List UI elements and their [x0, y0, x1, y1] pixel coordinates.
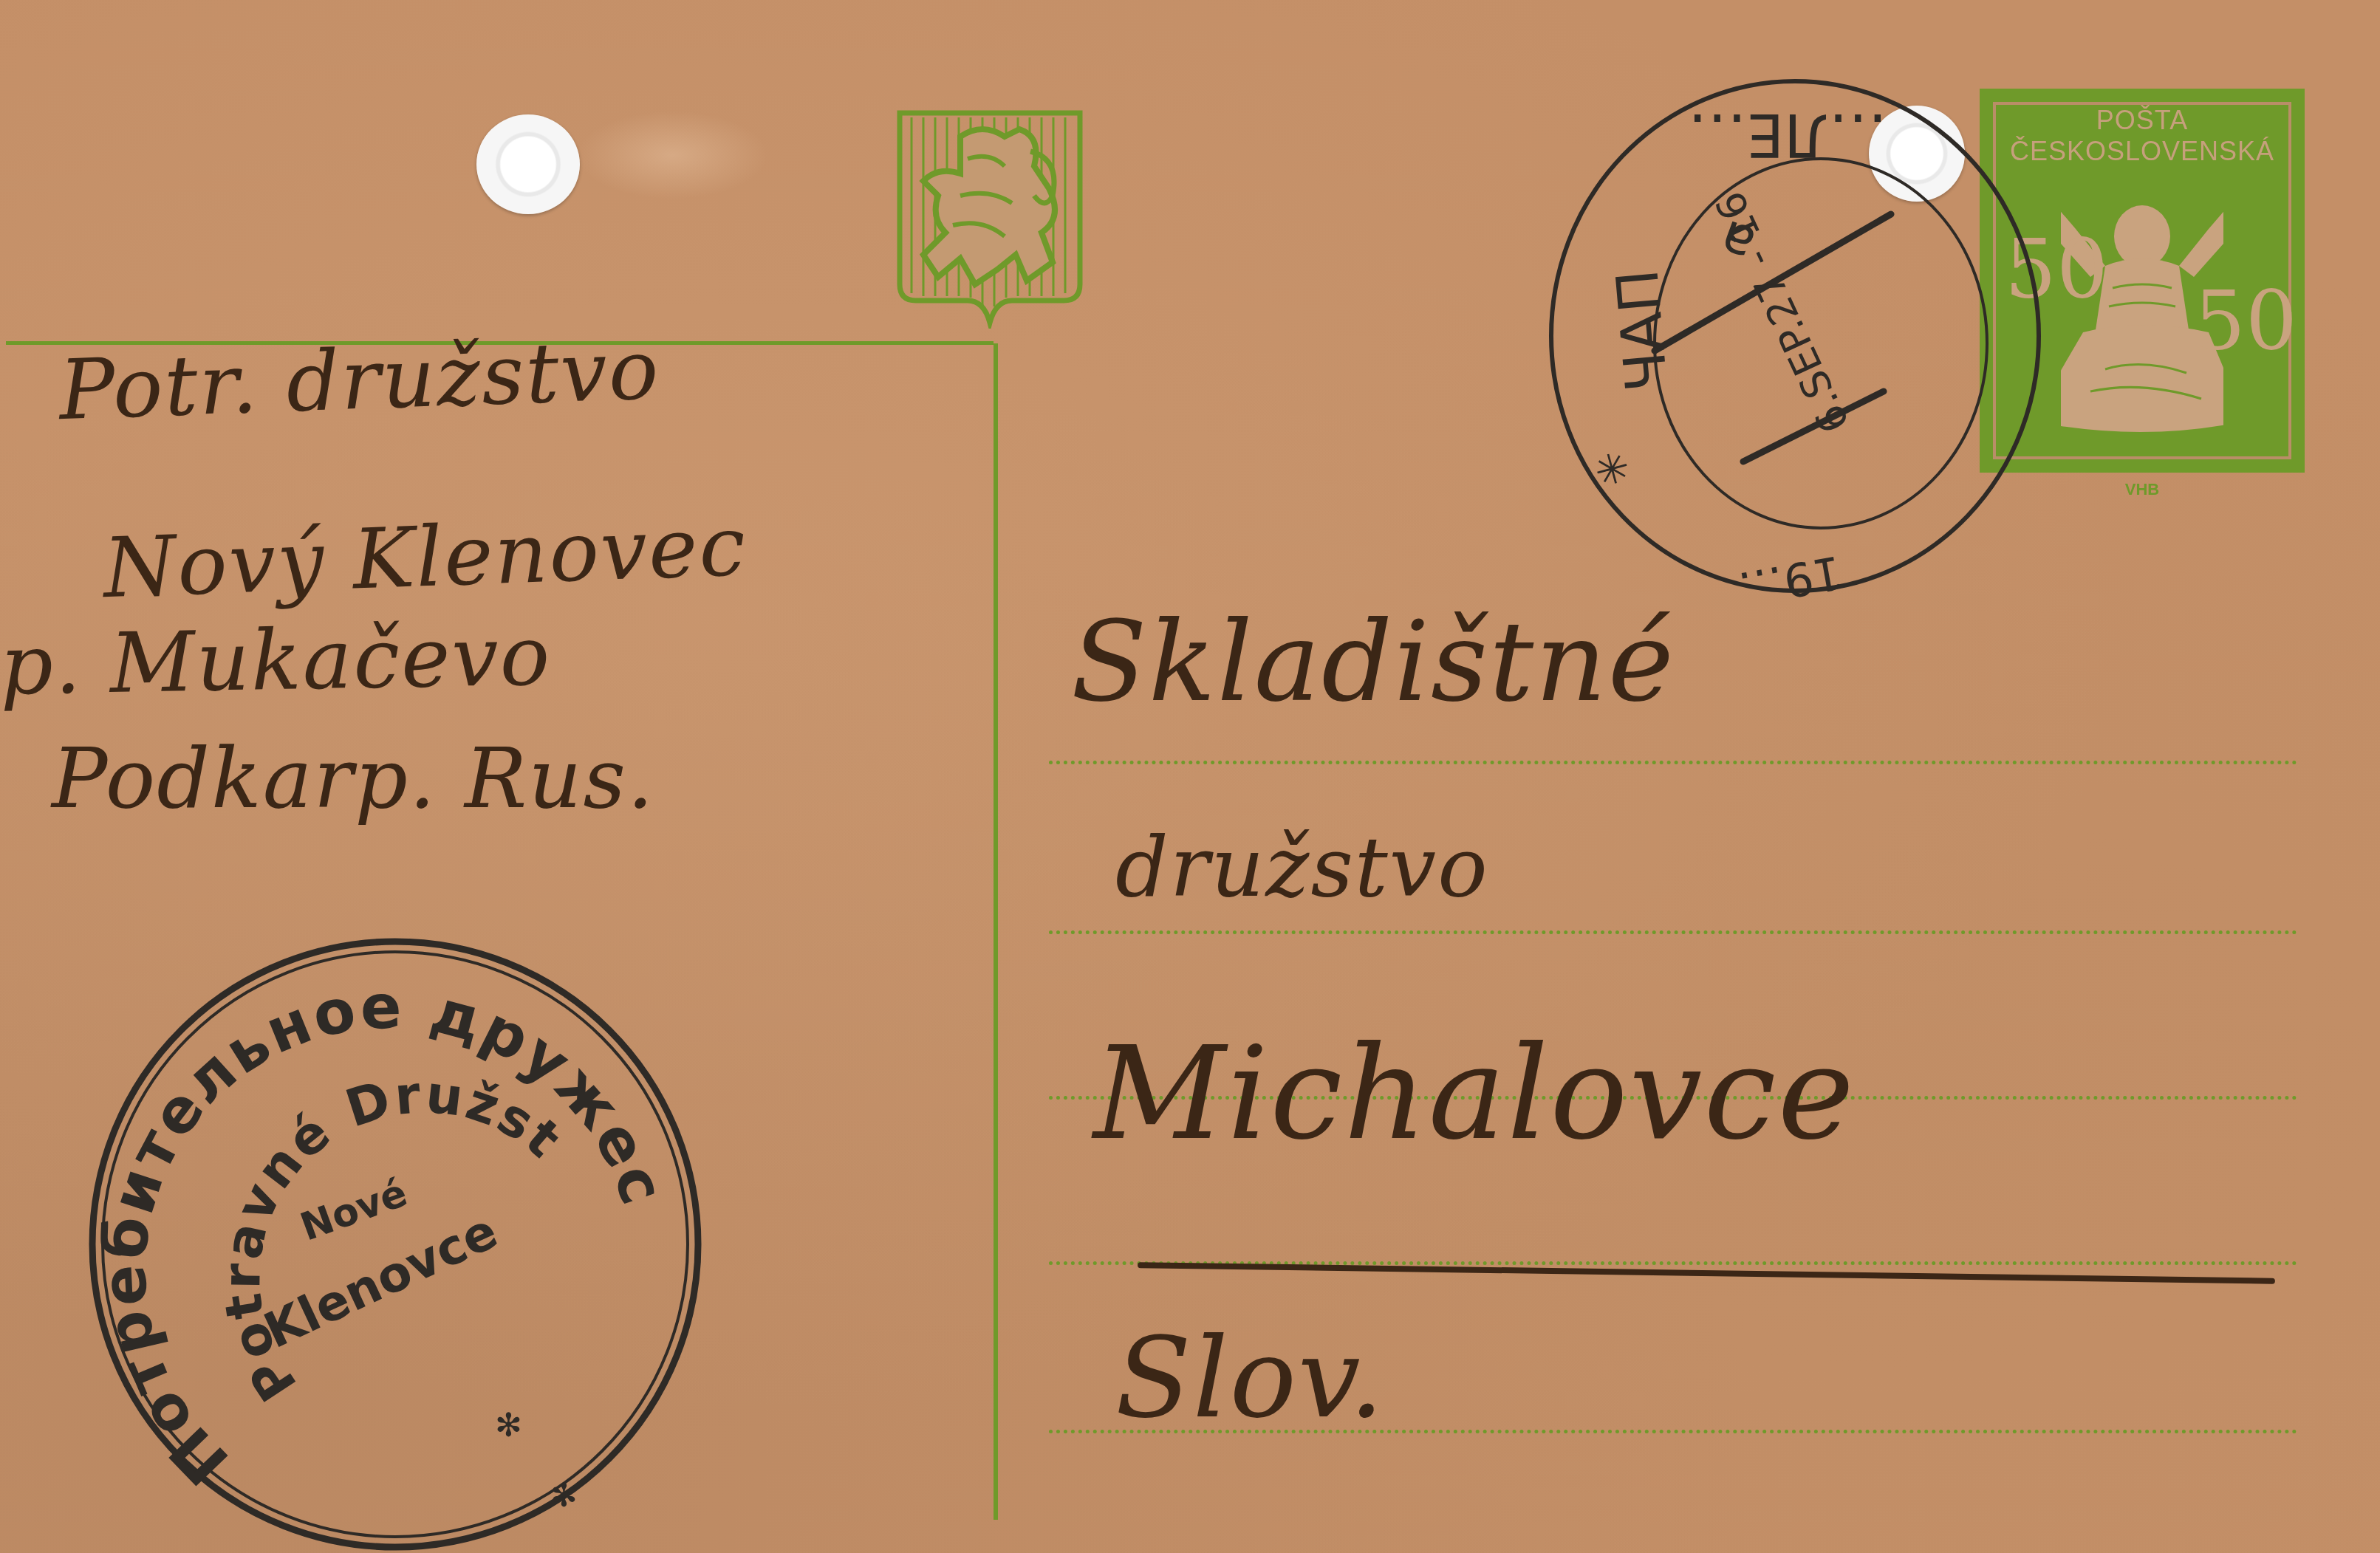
- postmark-year: 19…: [1734, 545, 1846, 616]
- paper-crease: [576, 111, 768, 199]
- recipient-line-3: Michalovce: [1093, 1019, 1856, 1169]
- postmark-date: 6.SEP.27 - 16: [1706, 185, 1858, 440]
- sender-line-1: Potr. družstvo: [58, 322, 661, 439]
- stamp-center-line-1: Nové: [295, 1170, 413, 1249]
- stamp-value-right: 50: [2194, 273, 2297, 368]
- svg-text:✳: ✳: [1584, 442, 1643, 496]
- recipient-line-4: Slov.: [1115, 1314, 1386, 1443]
- recipient-line-1: Skladištné: [1071, 598, 1675, 727]
- postmark-cancellation: …ЛЕ… ЧАП a 6.SEP.27 - 16 19… ✳: [1544, 63, 2046, 624]
- sender-line-2: Nový Klenovec: [102, 498, 748, 617]
- sender-line-4: Podkarp. Rus.: [52, 731, 655, 827]
- czech-lion-shield-icon: [894, 107, 1086, 329]
- address-line-1: [1049, 761, 2297, 764]
- stamp-ornament-1: ✻: [495, 1407, 522, 1444]
- punch-hole-left: [476, 114, 580, 214]
- cooperative-rubber-stamp: Потребительное дружество Potravné Družst…: [78, 927, 713, 1553]
- postal-card: POŠTA ČESKOSLOVENSKÁ 50 50 VHB: [0, 0, 2380, 1553]
- postmark-place: …ЛЕ…: [1688, 100, 1888, 169]
- card-divider-line: [994, 343, 998, 1520]
- recipient-line-2: družstvo: [1115, 820, 1489, 916]
- stamp-center-line-2: Klenovce: [256, 1202, 506, 1360]
- svg-text:ЧАП: ЧАП: [1604, 267, 1681, 394]
- recipient-underline: [1138, 1262, 2275, 1284]
- address-line-2: [1049, 930, 2297, 934]
- stamp-ornament-2: ✻: [550, 1477, 578, 1515]
- sender-line-3: p. Mukačevo: [0, 608, 552, 713]
